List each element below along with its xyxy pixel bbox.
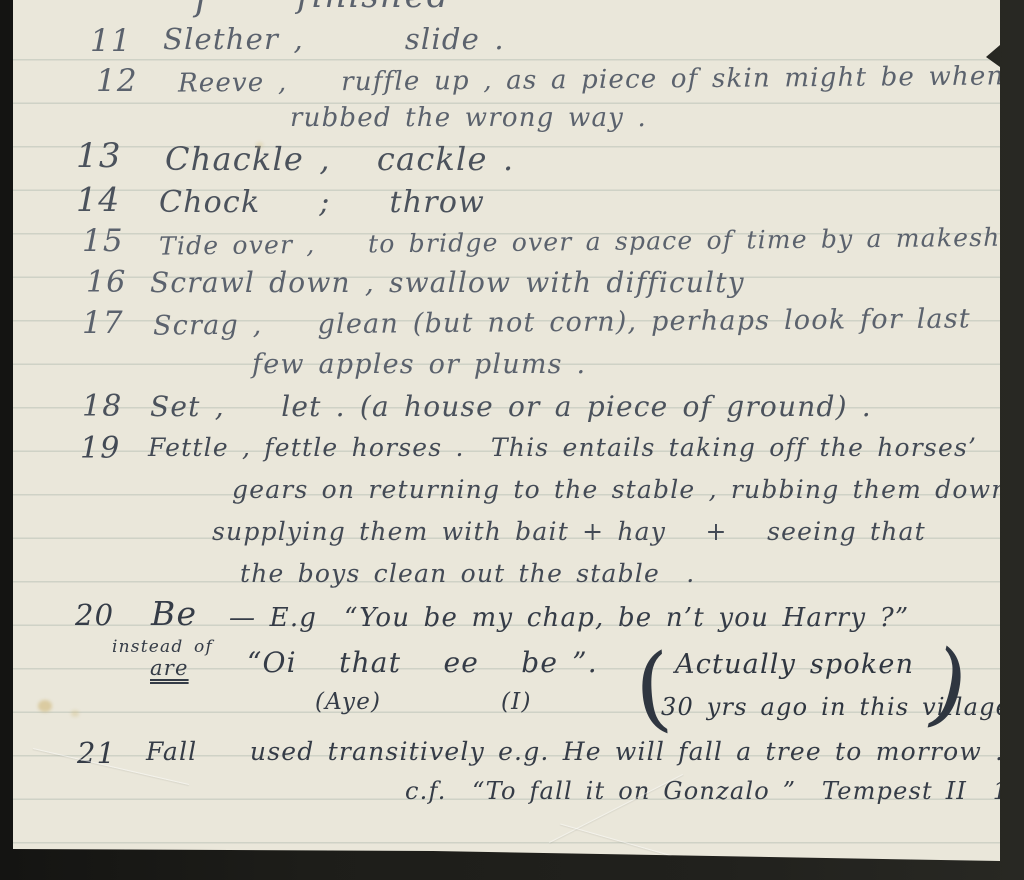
entry-20-note-are: are <box>150 657 189 680</box>
entry-19-continuation-2: supplying them with bait + hay + seeing … <box>212 518 926 546</box>
entry-12-text: Reeve , ruffle up , as a piece of skin m… <box>178 62 1000 98</box>
stain-spot <box>71 710 79 717</box>
entry-20-number: 20 <box>75 600 114 632</box>
entry-17-number: 17 <box>82 306 124 340</box>
stain-spot <box>256 142 263 148</box>
entry-15-number: 15 <box>82 224 124 258</box>
entry-17-continuation: few apples or plums . <box>252 350 586 380</box>
entry-12-continuation: rubbed the wrong way . <box>290 104 647 133</box>
entry-18-number: 18 <box>82 390 123 423</box>
entry-19-text: Fettle , fettle horses . This entails ta… <box>148 434 977 462</box>
partial-line-fragment: finished <box>297 0 450 16</box>
entry-19-number: 19 <box>80 432 121 465</box>
entry-13-number: 13 <box>76 138 122 175</box>
entry-15-text: Tide over , to bridge over a space of ti… <box>159 223 1000 260</box>
photo-background: f finished 11 Slether , slide . 12 Reeve… <box>0 0 1024 880</box>
entry-21-continuation: c.f. “To fall it on Gonzalo ” Tempest II… <box>405 778 1000 804</box>
entry-21-text: Fall used transitively e.g. He will fall… <box>146 738 1000 766</box>
partial-line-fragment: f <box>195 0 210 19</box>
entry-20-gloss-aye: (Aye) <box>315 690 381 715</box>
entry-20-term: Be <box>151 596 197 632</box>
entry-11-text: Slether , slide . <box>163 24 505 56</box>
entry-13-text: Chackle , cackle . <box>165 142 514 177</box>
entry-19-continuation-1: gears on returning to the stable , rubbi… <box>232 476 1000 504</box>
entry-12-number: 12 <box>96 64 138 98</box>
entry-20-aside-1: Actually spoken <box>675 650 914 680</box>
entry-20-note-instead-of: instead of <box>112 638 213 657</box>
manuscript-page: f finished 11 Slether , slide . 12 Reeve… <box>13 0 1000 880</box>
entry-19-continuation-3: the boys clean out the stable . <box>240 560 695 588</box>
big-open-paren: ( <box>632 642 674 736</box>
stain-spot <box>38 700 52 712</box>
entry-16-text: Scrawl down , swallow with difficulty <box>150 268 745 299</box>
entry-17-text: Scrag , glean (but not corn), perhaps lo… <box>153 304 971 341</box>
entry-14-number: 14 <box>76 182 120 218</box>
entry-16-number: 16 <box>86 266 127 299</box>
entry-11-number: 11 <box>90 24 132 58</box>
paper-crease <box>560 823 676 857</box>
entry-20-example: — E.g “You be my chap, be n’t you Harry … <box>229 604 909 633</box>
entry-14-text: Chock ; throw <box>159 186 485 219</box>
entry-20-gloss-i: (I) <box>501 690 532 715</box>
entry-18-text: Set , let . (a house or a piece of groun… <box>150 392 872 423</box>
entry-20-quote-2: “Oi that ee be ”. <box>247 648 598 679</box>
